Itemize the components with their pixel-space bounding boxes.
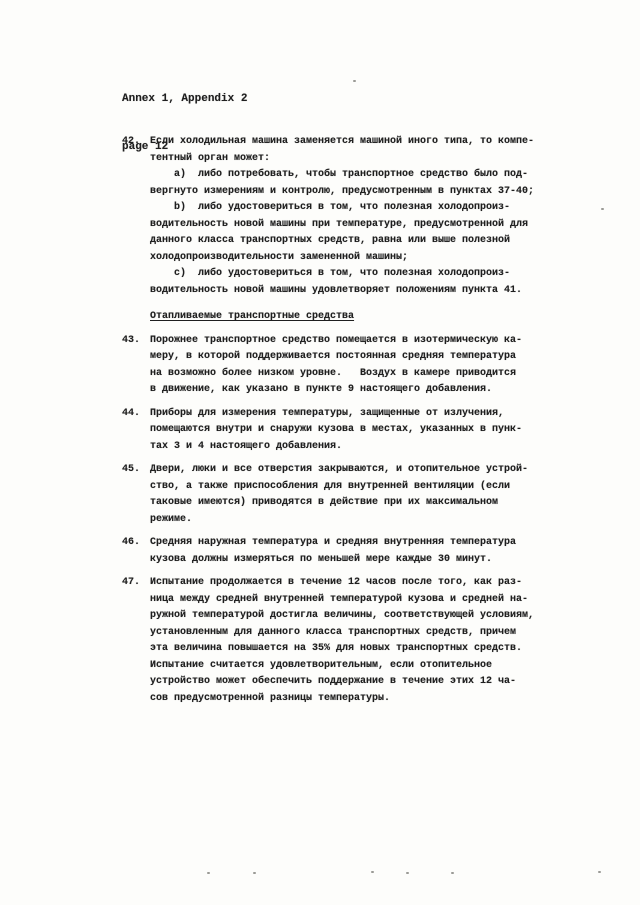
paragraph-number: 47. bbox=[122, 575, 150, 707]
paragraph: 47.Испытание продолжается в течение 12 ч… bbox=[122, 575, 572, 707]
text-line: Порожнее транспортное средство помещаетс… bbox=[150, 333, 572, 350]
paragraph: 42.Если холодильная машина заменяется ма… bbox=[122, 134, 572, 299]
paragraph: 45.Двери, люки и все отверстия закрывают… bbox=[122, 462, 572, 528]
paragraph-number: 42. bbox=[122, 134, 150, 299]
text-line: ница между средней внутренней температур… bbox=[150, 592, 572, 609]
paragraph-number: 44. bbox=[122, 406, 150, 456]
text-line: данного класса транспортных средств, рав… bbox=[150, 233, 572, 250]
text-line: Испытание считается удовлетворительным, … bbox=[150, 658, 572, 675]
text-line: водительность новой машины при температу… bbox=[150, 217, 572, 234]
text-line: водительность новой машины удовлетворяет… bbox=[150, 283, 572, 300]
scan-speck bbox=[601, 208, 604, 210]
scan-speck bbox=[353, 80, 356, 82]
paragraph-number: 45. bbox=[122, 462, 150, 528]
paragraph-lines: Если холодильная машина заменяется машин… bbox=[150, 134, 572, 299]
text-line: a) либо потребовать, чтобы транспортное … bbox=[150, 167, 572, 184]
text-line: таковые имеются) приводятся в действие п… bbox=[150, 495, 572, 512]
scan-speck bbox=[451, 872, 454, 874]
paragraph: 43.Порожнее транспортное средство помеща… bbox=[122, 333, 572, 399]
paragraph-lines: Порожнее транспортное средство помещаетс… bbox=[150, 333, 572, 399]
text-line: меру, в которой поддерживается постоянна… bbox=[150, 349, 572, 366]
text-line: тах 3 и 4 настоящего добавления. bbox=[150, 439, 572, 456]
scan-speck bbox=[598, 871, 601, 873]
text-line: установленным для данного класса транспо… bbox=[150, 625, 572, 642]
text-line: Приборы для измерения температуры, защищ… bbox=[150, 406, 572, 423]
text-line: Двери, люки и все отверстия закрываются,… bbox=[150, 462, 572, 479]
text-line: b) либо удостовериться в том, что полезн… bbox=[150, 200, 572, 217]
header-annex-line: Annex 1, Appendix 2 bbox=[122, 91, 247, 107]
text-line: Если холодильная машина заменяется машин… bbox=[150, 134, 572, 151]
text-line: помещаются внутри и снаружи кузова в мес… bbox=[150, 422, 572, 439]
text-line: тентный орган может: bbox=[150, 151, 572, 168]
document-body: 42.Если холодильная машина заменяется ма… bbox=[122, 134, 572, 707]
text-line: кузова должны измеряться по меньшей мере… bbox=[150, 552, 572, 569]
text-line: сов предусмотренной разницы температуры. bbox=[150, 691, 572, 708]
paragraph: 46.Средняя наружная температура и средня… bbox=[122, 535, 572, 568]
scan-speck bbox=[406, 872, 409, 874]
text-line: Средняя наружная температура и средняя в… bbox=[150, 535, 572, 552]
text-line: вергнуто измерениям и контролю, предусмо… bbox=[150, 184, 572, 201]
text-line: ружной температурой достигла величины, с… bbox=[150, 608, 572, 625]
text-line: устройство может обеспечить поддержание … bbox=[150, 674, 572, 691]
paragraph-lines: Приборы для измерения температуры, защищ… bbox=[150, 406, 572, 456]
section-heading-text: Отапливаемые транспортные средства bbox=[150, 311, 354, 322]
scan-speck bbox=[371, 871, 374, 873]
paragraph-lines: Двери, люки и все отверстия закрываются,… bbox=[150, 462, 572, 528]
text-line: эта величина повышается на 35% для новых… bbox=[150, 641, 572, 658]
text-line: c) либо удостовериться в том, что полезн… bbox=[150, 266, 572, 283]
paragraph-number: 46. bbox=[122, 535, 150, 568]
scan-speck bbox=[207, 872, 210, 874]
text-line: на возможно более низком уровне. Воздух … bbox=[150, 366, 572, 383]
paragraph-lines: Испытание продолжается в течение 12 часо… bbox=[150, 575, 572, 707]
text-line: режиме. bbox=[150, 512, 572, 529]
scan-speck bbox=[253, 872, 256, 874]
section-heading: Отапливаемые транспортные средства bbox=[122, 309, 572, 326]
text-line: Испытание продолжается в течение 12 часо… bbox=[150, 575, 572, 592]
text-line: в движение, как указано в пункте 9 насто… bbox=[150, 382, 572, 399]
paragraph-number: 43. bbox=[122, 333, 150, 399]
paragraph-lines: Средняя наружная температура и средняя в… bbox=[150, 535, 572, 568]
paragraph: 44.Приборы для измерения температуры, за… bbox=[122, 406, 572, 456]
text-line: ство, а также приспособления для внутрен… bbox=[150, 479, 572, 496]
scanned-page: Annex 1, Appendix 2 page 12 42.Если холо… bbox=[0, 0, 640, 905]
text-line: холодопроизводительности замененной маши… bbox=[150, 250, 572, 267]
